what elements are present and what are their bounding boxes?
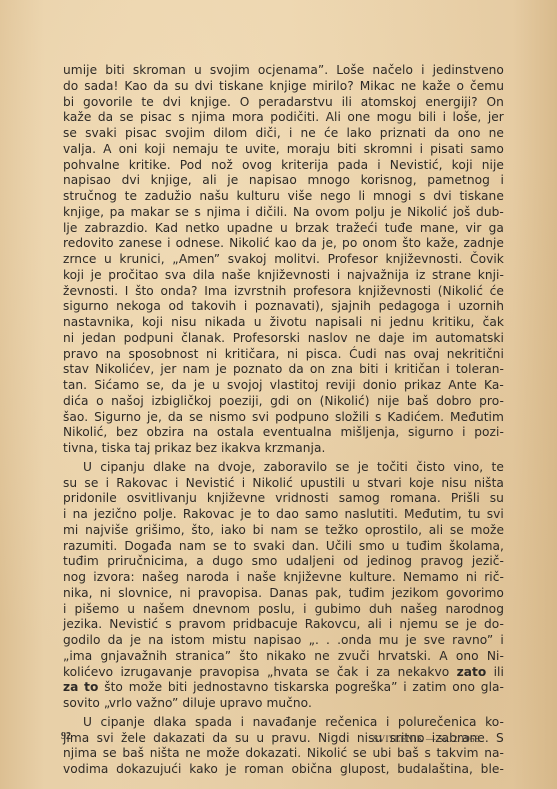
word: da xyxy=(153,79,168,95)
word: upustili xyxy=(300,476,345,492)
word: bi xyxy=(253,523,264,539)
word: „hvata xyxy=(267,665,308,681)
word: Nikolić xyxy=(252,476,292,492)
word: grišimo, xyxy=(135,523,184,539)
word: li xyxy=(358,189,365,205)
word: pametnog xyxy=(427,173,490,189)
word: dića xyxy=(63,394,89,410)
word: Ni- xyxy=(487,649,504,665)
word: „vrlo xyxy=(104,696,132,712)
text-line: tivna,tiskatajprikazbezikakvakrzmanja. xyxy=(63,441,504,457)
word: ne xyxy=(401,79,416,95)
word: svojim xyxy=(165,126,205,142)
word: jednu xyxy=(390,315,424,331)
word: u xyxy=(280,221,288,237)
word: s xyxy=(165,617,171,633)
word: se xyxy=(103,746,117,762)
word: baš xyxy=(397,746,419,762)
word: pohvalne xyxy=(63,158,120,174)
text-line: ljezabrazdio.Kadnetkoupadneubrzaktražeći… xyxy=(63,221,504,237)
word: knjige. xyxy=(190,95,231,111)
text-line: zatoštomožebitijednostavnotiskarskapogre… xyxy=(63,680,504,696)
word: Nikolić, xyxy=(63,425,107,441)
word: jedan xyxy=(82,331,116,347)
word: dvoje, xyxy=(218,460,255,476)
word: Rakovcu, xyxy=(305,617,361,633)
word: pravu. xyxy=(271,731,310,747)
word: školama, xyxy=(449,539,504,555)
word: je xyxy=(91,268,102,284)
word: . xyxy=(326,633,330,649)
word: njima xyxy=(207,205,241,221)
word: reviji xyxy=(326,378,356,394)
word: svi xyxy=(252,410,269,426)
word: vir xyxy=(466,221,482,237)
word: i xyxy=(446,362,449,378)
word: o xyxy=(457,79,465,95)
word: te xyxy=(125,189,137,205)
text-line: dićaonašojizbigličkojpoeziji,gdion(Nikol… xyxy=(63,394,504,410)
word: i xyxy=(389,617,392,633)
word: smo xyxy=(359,539,385,555)
word: polurečenica xyxy=(398,715,477,731)
word: pravopisa xyxy=(199,665,259,681)
word: su xyxy=(235,731,249,747)
word: do- xyxy=(484,617,504,633)
word: da xyxy=(302,236,317,252)
word: energiji? xyxy=(425,95,477,111)
word: Nikolićev, xyxy=(95,362,154,378)
word: može xyxy=(206,746,239,762)
word: podičiti. xyxy=(270,110,319,126)
word: pedagoga xyxy=(379,299,440,315)
word: ko- xyxy=(485,715,504,731)
word: Nevistić, xyxy=(390,158,443,174)
word: zna xyxy=(331,362,353,378)
word: kritičan xyxy=(394,362,440,378)
word: Ka- xyxy=(484,378,504,394)
word: izbigličkoj xyxy=(151,394,211,410)
word: sigurno xyxy=(63,299,109,315)
word: kaže xyxy=(63,110,91,126)
word: Profesorski xyxy=(233,331,300,347)
word: Učili xyxy=(326,539,352,555)
word: koji xyxy=(63,268,84,284)
word: sposobnost xyxy=(129,347,199,363)
word: se xyxy=(353,746,367,762)
word: da xyxy=(168,410,183,426)
word: pridbacuje xyxy=(233,617,298,633)
word: Međutim, xyxy=(404,507,462,523)
word: u xyxy=(256,731,264,747)
word: u xyxy=(194,63,202,79)
word: takvim xyxy=(437,746,479,762)
word: mogu xyxy=(377,110,412,126)
word: samo xyxy=(305,507,338,523)
word: dičili. xyxy=(255,205,287,221)
text-line: razumiti.Događanamsetosvakidan.Učilismou… xyxy=(63,539,504,555)
word: diči, xyxy=(255,126,280,142)
word: .onda xyxy=(337,633,372,649)
word: za xyxy=(376,665,390,681)
word: brzak xyxy=(295,221,329,237)
text-line: Ucipanjedlakaspadainavađanjerečenicaipol… xyxy=(63,715,504,731)
word: izrugavanje xyxy=(120,665,192,681)
word: jer xyxy=(488,110,504,126)
word: uvite, xyxy=(245,142,280,158)
word: što xyxy=(239,649,258,665)
word: i xyxy=(242,476,245,492)
word: tiskane xyxy=(219,79,263,95)
word: vlastitoj xyxy=(270,378,319,394)
word: jezično xyxy=(94,507,137,523)
word: zadnje xyxy=(463,236,504,252)
word: na xyxy=(73,507,88,523)
word: iz xyxy=(416,268,426,284)
word: osvitlivanju xyxy=(127,491,197,507)
word: se xyxy=(175,205,189,221)
word: se xyxy=(316,665,330,681)
word: dnevnom xyxy=(192,602,250,618)
word: hrvatski. xyxy=(378,649,431,665)
word: ništa xyxy=(150,746,180,762)
word: težko xyxy=(325,523,358,539)
text-line: nika,nislovnice,nipravopisa.Danaspak,tuđ… xyxy=(63,586,504,602)
word: takovih xyxy=(191,299,236,315)
word: samog xyxy=(339,491,380,507)
word: su xyxy=(174,79,188,95)
word: i xyxy=(500,633,503,649)
word: pisca. xyxy=(306,347,342,363)
word: književnosti xyxy=(358,284,431,300)
word: našu xyxy=(199,189,228,205)
text-line: pravonasposobnostnikritičara,nipisca.Ćud… xyxy=(63,347,504,363)
word: su xyxy=(490,491,504,507)
word: pisac xyxy=(140,110,172,126)
word: se xyxy=(335,460,349,476)
word: sada! xyxy=(84,79,118,95)
word: zvuči xyxy=(338,649,370,665)
word: ali xyxy=(202,173,216,189)
word: on xyxy=(310,362,325,378)
text-line: umijebitiskromanusvojimocjenama”.Lošenač… xyxy=(63,63,504,79)
word: I xyxy=(125,284,129,300)
word: ubi xyxy=(372,746,391,762)
text-line: vodimadokazujućikakojeromanobičnaglupost… xyxy=(63,762,504,778)
word: slovnice, xyxy=(118,586,172,602)
word: jezikom xyxy=(392,586,439,602)
word: gla- xyxy=(481,680,504,696)
word: ževnosti. xyxy=(63,284,118,300)
word: se xyxy=(120,110,134,126)
word: nekoga xyxy=(116,299,161,315)
word: govorimo xyxy=(446,586,504,602)
word: nisu xyxy=(171,315,196,331)
word: jer xyxy=(160,362,176,378)
word: podpuno xyxy=(275,410,329,426)
word: članak. xyxy=(181,331,225,347)
word: Rakovac xyxy=(116,476,167,492)
word: mnogi xyxy=(373,189,411,205)
word: poeziji, xyxy=(219,394,263,410)
text-line: bigovoriletedviknjige.Operadarstvuiliato… xyxy=(63,95,504,111)
word: ni xyxy=(100,586,111,602)
word: pa xyxy=(110,205,125,221)
word: ble- xyxy=(481,762,504,778)
word: svakoj xyxy=(228,252,267,268)
word: napisao xyxy=(253,633,301,649)
word: priznati xyxy=(380,126,426,142)
word: pišemo xyxy=(75,602,120,618)
word: biti xyxy=(337,142,357,158)
word: O xyxy=(240,95,250,111)
word: u xyxy=(254,315,262,331)
word: knjige, xyxy=(63,205,104,221)
word: dao xyxy=(276,507,299,523)
word: eventualna xyxy=(263,425,332,441)
word: dila xyxy=(193,268,215,284)
word: važno” xyxy=(136,696,178,712)
word: i xyxy=(289,126,292,142)
word: A xyxy=(103,142,111,158)
word: knjige xyxy=(269,79,306,95)
word: bili xyxy=(418,110,436,126)
word: Kad xyxy=(155,221,178,237)
word: „ima xyxy=(63,649,92,665)
word: književne xyxy=(207,491,265,507)
word: od xyxy=(343,554,358,570)
word: kaže, xyxy=(426,236,458,252)
word: našem xyxy=(143,602,184,618)
word: koje xyxy=(409,476,434,492)
word: na xyxy=(106,347,121,363)
word: dvi xyxy=(433,189,452,205)
word: na xyxy=(148,633,163,649)
word: Rakovac xyxy=(183,507,234,523)
word: životu xyxy=(270,315,307,331)
word: Nevistić xyxy=(109,617,158,633)
word: načelo xyxy=(372,63,413,79)
text-line: sesvakipisacsvojimdilomdiči,inećelakopri… xyxy=(63,126,504,142)
word: je xyxy=(130,633,141,649)
word: valja. xyxy=(63,142,96,158)
word: spada xyxy=(195,715,232,731)
word: pisati xyxy=(430,142,463,158)
word: nam xyxy=(179,539,206,555)
word: na- xyxy=(484,746,504,762)
word: i xyxy=(236,570,239,586)
word: sjajnih xyxy=(331,299,371,315)
word: svi xyxy=(97,731,114,747)
word: je xyxy=(226,762,237,778)
word: za xyxy=(63,680,78,696)
word: je xyxy=(466,617,477,633)
text-line: dosada!Kaodasudvitiskaneknjigemirilo?Mik… xyxy=(63,79,504,95)
word: te xyxy=(492,460,504,476)
word: peradarstvu xyxy=(258,95,333,111)
text-line: godilodajenaistommistunapisao„...ondamuj… xyxy=(63,633,504,649)
word: stranica” xyxy=(175,649,231,665)
word: mistu xyxy=(212,633,246,649)
word: to xyxy=(234,539,246,555)
word: baš xyxy=(122,746,144,762)
word: složili xyxy=(335,410,369,426)
word: i xyxy=(106,476,109,492)
word: da xyxy=(108,633,123,649)
word: i xyxy=(241,715,244,731)
word: što, xyxy=(191,523,214,539)
word: upadne xyxy=(227,221,273,237)
word: književnosti. xyxy=(386,252,463,268)
word: to xyxy=(84,680,98,696)
word: vridnosti xyxy=(275,491,329,507)
word: naslov xyxy=(308,331,348,347)
word: netko xyxy=(185,221,219,237)
word: a xyxy=(196,554,204,570)
word: nismo xyxy=(209,410,246,426)
publication-footer: SVITLENIK — Sv. 2/1968. xyxy=(373,735,482,745)
word: po xyxy=(342,236,357,252)
word: mirilo? xyxy=(312,79,353,95)
word: ništa xyxy=(474,476,504,492)
word: ravno” xyxy=(452,633,493,649)
word: mnogo xyxy=(307,173,350,189)
word: ovom xyxy=(315,205,349,221)
word: o xyxy=(96,394,104,410)
text-line: suseiRakovaciNevistićiNikolićupustiliust… xyxy=(63,476,504,492)
text-line: Nikolić,bezobziranaostalaeventualnamišlj… xyxy=(63,425,504,441)
word: naroda xyxy=(186,570,229,586)
word: gnjavažnih xyxy=(100,649,167,665)
word: se xyxy=(445,617,459,633)
word: najvažnija xyxy=(347,268,409,284)
word: je xyxy=(194,378,205,394)
word: napisao xyxy=(249,173,297,189)
text-line: ževnosti.Ištoonda?Imaizvrstnihprofesorak… xyxy=(63,284,504,300)
text-line: napisaodviknjige,alijenapisaomnogokorisn… xyxy=(63,173,504,189)
word: napisao xyxy=(63,173,111,189)
word: pravom xyxy=(179,617,226,633)
word: koji xyxy=(144,142,165,158)
word: ne xyxy=(355,331,370,347)
word: s xyxy=(195,205,201,221)
text-line: tuđimpriručnicima,adugosmoudaljeniodjedi… xyxy=(63,554,504,570)
word: s xyxy=(419,189,425,205)
word: kaže xyxy=(422,79,450,95)
word: knjige, xyxy=(151,173,192,189)
word: biti xyxy=(105,63,125,79)
word: jezič- xyxy=(472,554,504,570)
word: odnese. xyxy=(176,236,225,252)
word: nije xyxy=(377,394,399,410)
word: pogreška” xyxy=(335,680,398,696)
word: će xyxy=(490,284,504,300)
text-line: Ucipanjudlakenadvoje,zaboravilosejetočit… xyxy=(63,460,504,476)
text-line: nijedanpodpuničlanak.Profesorskinaslovne… xyxy=(63,331,504,347)
word: i xyxy=(462,425,465,441)
word: čak xyxy=(483,315,504,331)
word: bez xyxy=(116,425,138,441)
word: ne xyxy=(301,126,316,142)
word: nekritični xyxy=(447,347,504,363)
word: ono xyxy=(452,680,475,696)
text-line: sovito„vrlovažno”dilujeupravomučno. xyxy=(63,696,504,712)
text-line: kažedasepisacsnjimamorapodičiti.Alionemo… xyxy=(63,110,504,126)
word: onda? xyxy=(160,284,197,300)
word: mučno. xyxy=(266,696,311,712)
word: tiskarska xyxy=(274,680,329,696)
word: romana. xyxy=(390,491,441,507)
text-line: ipišemounašemdnevnomposlu,igubimoduhnaše… xyxy=(63,602,504,618)
word: dlake xyxy=(153,460,186,476)
word: ni xyxy=(179,586,190,602)
word: poznavati), xyxy=(255,299,324,315)
word: ocjenama”. xyxy=(258,63,328,79)
word: kritike. xyxy=(129,158,171,174)
word: sovito xyxy=(63,696,100,712)
word: pozi- xyxy=(474,425,504,441)
word: je xyxy=(240,507,251,523)
word: polje. xyxy=(143,507,177,523)
word: Čovik xyxy=(470,252,504,268)
word: Nevistić xyxy=(186,476,235,492)
paragraph: umijebitiskromanusvojimocjenama”.Lošenač… xyxy=(63,63,504,457)
word: jedinstveno xyxy=(433,63,504,79)
word: dvi xyxy=(122,173,141,189)
word: napisali xyxy=(315,315,362,331)
word: jedinog xyxy=(367,554,412,570)
word: obzira xyxy=(146,425,184,441)
word: se xyxy=(305,523,319,539)
scanned-page: umijebitiskromanusvojimocjenama”.Lošenač… xyxy=(0,0,557,789)
word: redovito xyxy=(63,236,114,252)
word: dvi xyxy=(195,79,214,95)
word: krzmanja. xyxy=(265,441,326,457)
word: to xyxy=(258,507,270,523)
word: Nikolić xyxy=(229,236,269,252)
word: i xyxy=(447,299,450,315)
word: nisu xyxy=(441,476,466,492)
word: i xyxy=(443,110,446,126)
word: pak, xyxy=(315,586,341,602)
word: ili xyxy=(494,665,504,681)
word: vino, xyxy=(453,460,483,476)
word: skroman xyxy=(133,63,186,79)
text-line: „imagnjavažnihstranica”štonikakonezvučih… xyxy=(63,649,504,665)
word: dugo xyxy=(212,554,243,570)
word: baš xyxy=(407,394,429,410)
word: priručnicima, xyxy=(107,554,188,570)
word: stručnog xyxy=(63,189,117,205)
word: korisnog, xyxy=(361,173,417,189)
word: stvari xyxy=(367,476,402,492)
word: kako xyxy=(189,762,218,778)
word: koji xyxy=(452,158,473,174)
word: polju xyxy=(355,205,385,221)
word: kao xyxy=(275,236,297,252)
word: naše xyxy=(221,268,250,284)
word: da xyxy=(212,731,227,747)
word: i xyxy=(385,362,388,378)
word: Nigdi xyxy=(318,731,350,747)
word: dokazujući xyxy=(116,762,181,778)
word: rič- xyxy=(484,570,504,586)
word: biti xyxy=(168,680,188,696)
text-line: kojijepročitaosvadilanašeknjiževnostiina… xyxy=(63,268,504,284)
word: pravog xyxy=(421,554,464,570)
word: su xyxy=(63,476,77,492)
word: u xyxy=(392,539,400,555)
